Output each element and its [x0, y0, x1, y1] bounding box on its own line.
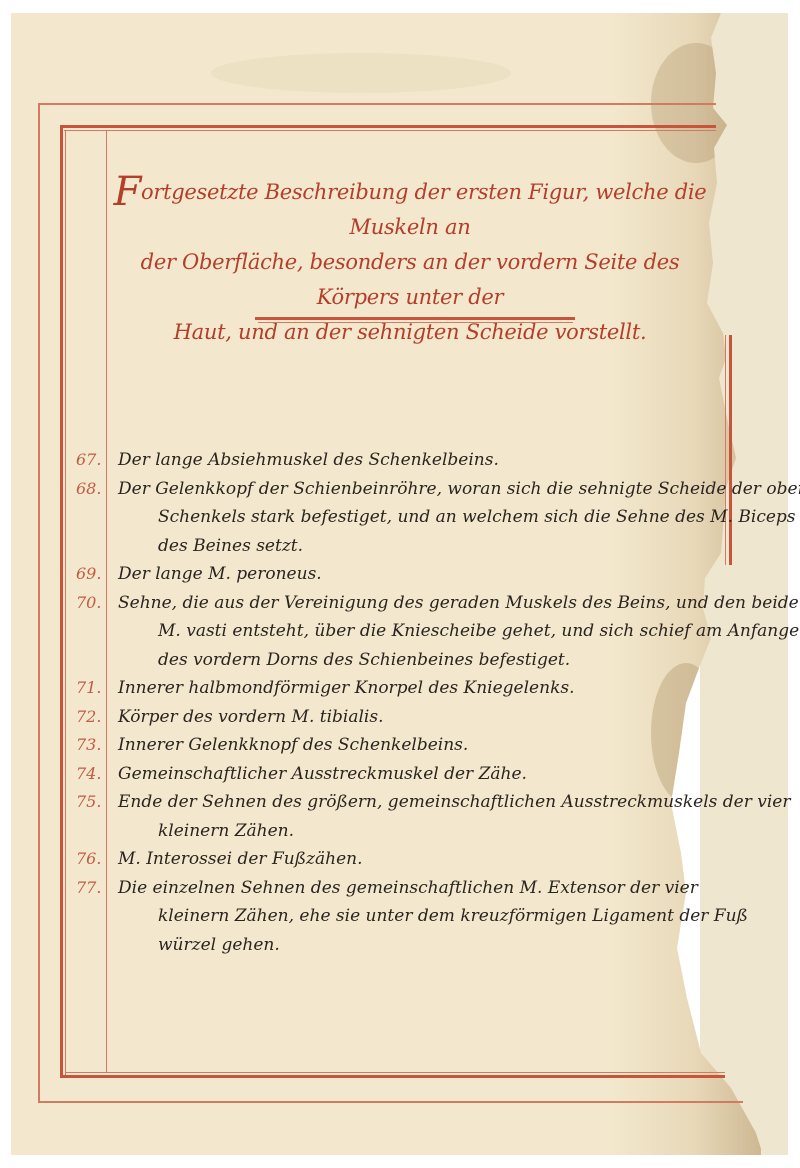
- entry-number: 72.: [76, 703, 110, 732]
- discoloration-top: [211, 53, 511, 93]
- entry-number: 71.: [76, 674, 110, 703]
- entry-67: 67. Der lange Absiehmuskel des Schenkelb…: [76, 446, 696, 475]
- entry-text: Der Gelenkkopf der Schienbeinröhre, wora…: [110, 475, 800, 561]
- title-underline-thin: [258, 322, 573, 323]
- title-initial: F: [114, 169, 141, 215]
- entry-text: Der lange M. peroneus.: [110, 560, 696, 589]
- entry-70: 70. Sehne, die aus der Vereinigung des g…: [76, 589, 696, 675]
- entry-text: Sehne, die aus der Vereinigung des gerad…: [110, 589, 800, 675]
- entry-75: 75. Ende der Sehnen des größern, gemeins…: [76, 788, 696, 845]
- entry-69: 69. Der lange M. peroneus.: [76, 560, 696, 589]
- entry-77: 77. Die einzelnen Sehnen des gemeinschaf…: [76, 874, 696, 960]
- entry-text: Innerer Gelenkknopf des Schenkelbeins.: [110, 731, 696, 760]
- page-title: Fortgesetzte Beschreibung der ersten Fig…: [110, 175, 710, 350]
- entry-text: Innerer halbmondförmiger Knorpel des Kni…: [110, 674, 696, 703]
- entry-74: 74. Gemeinschaftlicher Ausstreckmuskel d…: [76, 760, 696, 789]
- entry-number: 73.: [76, 731, 110, 760]
- entry-number: 68.: [76, 475, 110, 504]
- entry-number: 69.: [76, 560, 110, 589]
- entry-76: 76. M. Interossei der Fußzähen.: [76, 845, 696, 874]
- entry-number: 76.: [76, 845, 110, 874]
- title-line-2: der Oberfläche, besonders an der vordern…: [110, 245, 710, 315]
- entry-72: 72. Körper des vordern M. tibialis.: [76, 703, 696, 732]
- entry-text: Ende der Sehnen des größern, gemeinschaf…: [110, 788, 790, 845]
- outer-border-left: [38, 103, 40, 1102]
- entry-number: 75.: [76, 788, 110, 817]
- outer-border-top: [38, 103, 716, 105]
- entry-number: 70.: [76, 589, 110, 618]
- inner-border-left-thick: [60, 125, 63, 1078]
- inner-border-bottom-thick: [60, 1075, 725, 1078]
- entry-number: 74.: [76, 760, 110, 789]
- entry-text: M. Interossei der Fußzähen.: [110, 845, 696, 874]
- entry-text: Der lange Absiehmuskel des Schenkelbeins…: [110, 446, 696, 475]
- inner-border-bottom-thin: [65, 1072, 725, 1073]
- inner-border-top-thick: [60, 125, 716, 128]
- entry-text: Körper des vordern M. tibialis.: [110, 703, 696, 732]
- entry-text: Die einzelnen Sehnen des gemeinschaftlic…: [110, 874, 748, 960]
- entry-list: 67. Der lange Absiehmuskel des Schenkelb…: [76, 446, 696, 959]
- entry-text: Gemeinschaftlicher Ausstreckmuskel der Z…: [110, 760, 696, 789]
- entry-71: 71. Innerer halbmondförmiger Knorpel des…: [76, 674, 696, 703]
- title-line-3: Haut, und an der sehnigten Scheide vorst…: [110, 315, 710, 350]
- title-underline-thick: [255, 317, 575, 320]
- entry-number: 77.: [76, 874, 110, 903]
- outer-border-bottom: [38, 1101, 743, 1103]
- entry-number: 67.: [76, 446, 110, 475]
- inner-border-top-thin: [64, 130, 716, 131]
- entry-73: 73. Innerer Gelenkknopf des Schenkelbein…: [76, 731, 696, 760]
- inner-border-left-thin: [65, 130, 66, 1075]
- entry-68: 68. Der Gelenkkopf der Schienbeinröhre, …: [76, 475, 696, 561]
- title-line-1: Fortgesetzte Beschreibung der ersten Fig…: [110, 175, 710, 245]
